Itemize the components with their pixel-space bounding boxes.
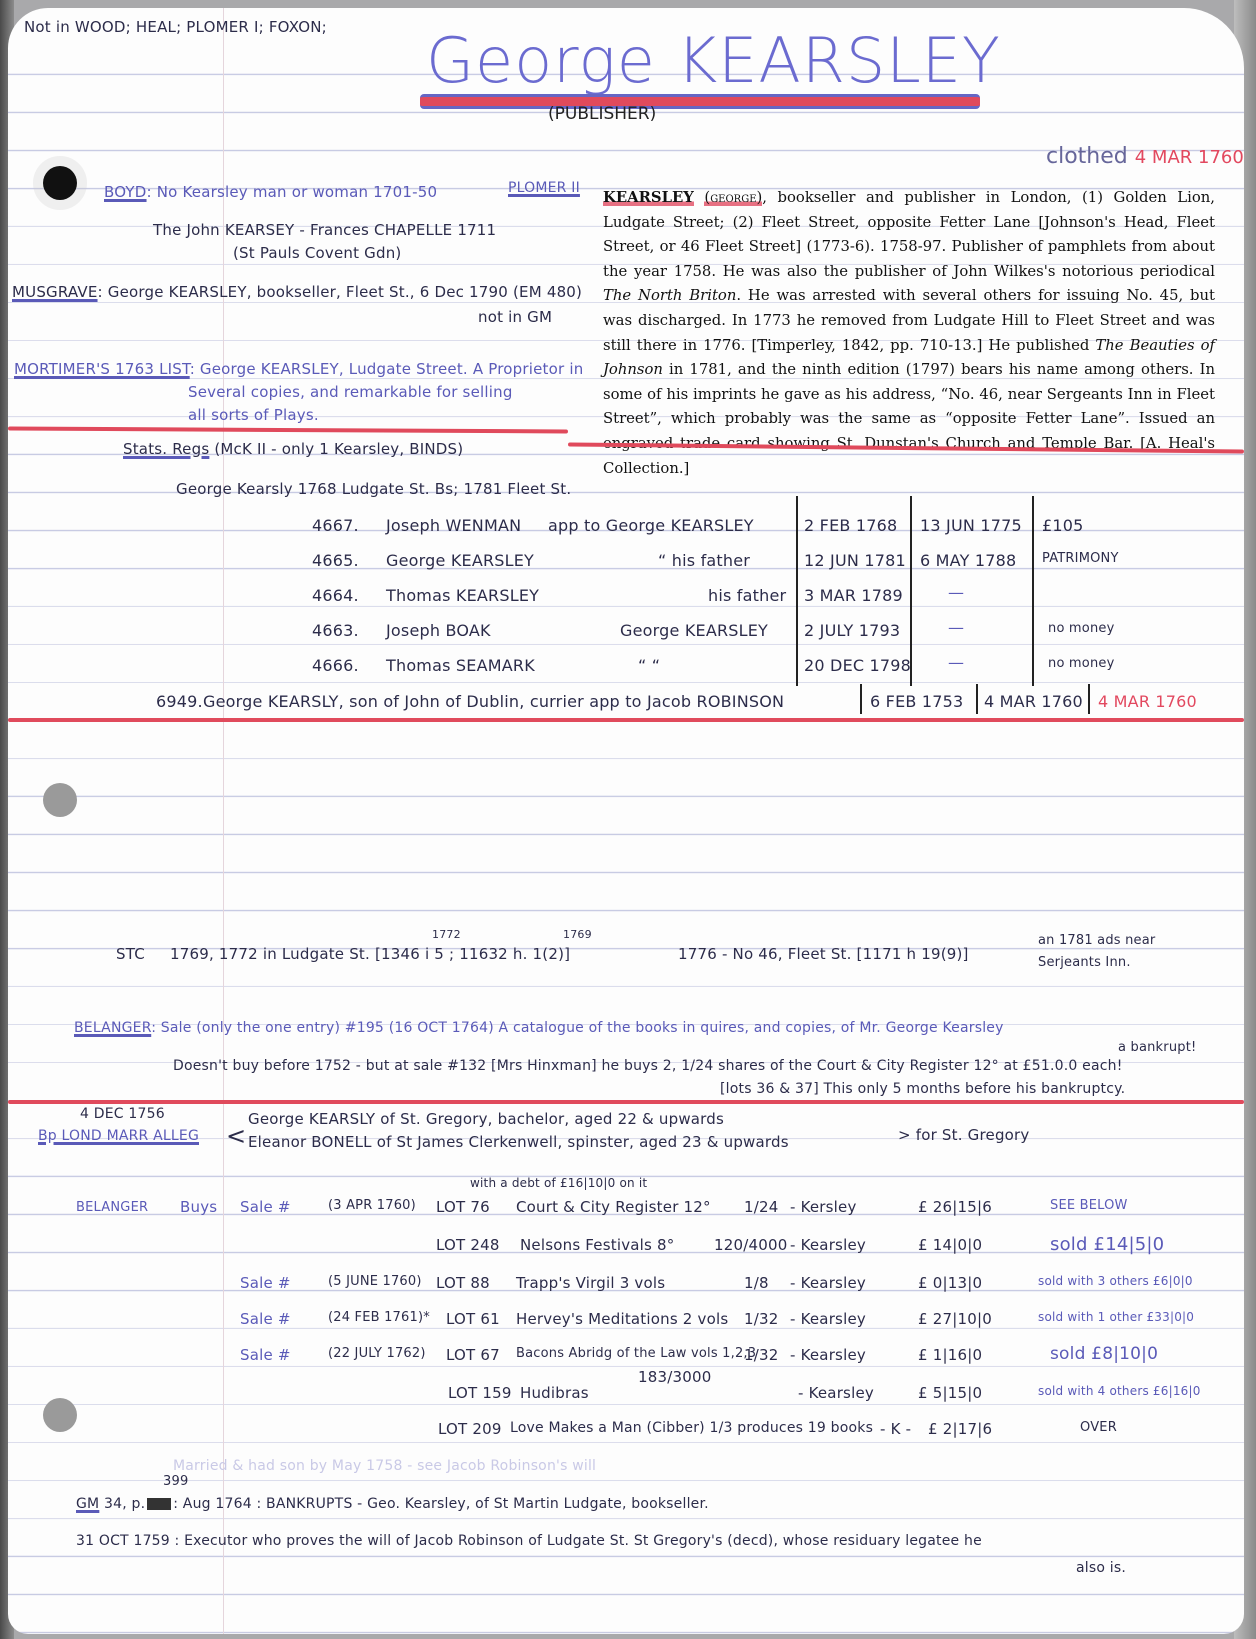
page-title: George KEARSLEY bbox=[426, 24, 1001, 97]
debt-note: with a debt of £16|10|0 on it bbox=[470, 1176, 647, 1190]
notebook-page: Not in WOOD; HEAL; PLOMER I; FOXON; Geor… bbox=[8, 8, 1244, 1634]
section-divider bbox=[8, 1100, 1244, 1104]
plomer-clipping: KEARSLEY (george), bookseller and publis… bbox=[603, 186, 1215, 481]
page-subtitle: (PUBLISHER) bbox=[548, 104, 656, 124]
stc-note: an 1781 ads near Serjeants Inn. bbox=[1038, 930, 1208, 974]
executor-line2: also is. bbox=[1076, 1560, 1126, 1576]
mortimer-entry: MORTIMER'S 1763 LIST: George KEARSLEY, L… bbox=[14, 360, 583, 378]
faint-note: Married & had son by May 1758 - see Jaco… bbox=[173, 1458, 596, 1474]
title-underline bbox=[420, 94, 980, 109]
musgrave-note: not in GM bbox=[478, 308, 552, 326]
brace-icon: < bbox=[226, 1122, 246, 1150]
boyd-line2: The John KEARSEY - Frances CHAPELLE 1711 bbox=[153, 221, 496, 239]
plomer-label: PLOMER II bbox=[508, 180, 580, 196]
punch-hole-icon bbox=[43, 783, 77, 817]
stc-text2: 1776 - No 46, Fleet St. [1171 h 19(9)] bbox=[678, 945, 969, 963]
boyd-line3: (St Pauls Covent Gdn) bbox=[233, 244, 401, 262]
belanger-line2: Doesn't buy before 1752 - but at sale #1… bbox=[173, 1058, 1123, 1074]
marriage-groom: George KEARSLY of St. Gregory, bachelor,… bbox=[248, 1110, 724, 1128]
section-divider bbox=[8, 718, 1244, 722]
not-in-note: Not in WOOD; HEAL; PLOMER I; FOXON; bbox=[24, 18, 327, 36]
section-divider bbox=[8, 427, 568, 434]
redaction-mark bbox=[147, 1498, 171, 1510]
marriage-bride: Eleanor BONELL of St James Clerkenwell, … bbox=[248, 1133, 789, 1151]
belanger-buys-label: BELANGER bbox=[76, 1200, 148, 1215]
stc-text: 1769, 1772 in Ludgate St. [1346 i 5 ; 11… bbox=[170, 945, 570, 963]
marriage-parish: > for St. Gregory bbox=[898, 1126, 1030, 1144]
marriage-date: 4 DEC 1756 bbox=[80, 1106, 165, 1122]
stats-regs-heading: Stats. Regs (McK II - only 1 Kearsley, B… bbox=[123, 440, 463, 458]
boyd-entry: BOYD: No Kearsley man or woman 1701-50 bbox=[104, 183, 437, 201]
gm-entry: GM 34, p.: Aug 1764 : BANKRUPTS - Geo. K… bbox=[76, 1496, 709, 1512]
punch-hole-icon bbox=[43, 1398, 77, 1432]
belanger-sale-entry: BELANGER: Sale (only the one entry) #195… bbox=[74, 1020, 1004, 1036]
marriage-label: Bp LOND MARR ALLEG bbox=[38, 1128, 199, 1144]
punch-hole-icon bbox=[43, 166, 77, 200]
stc-label: STC bbox=[116, 945, 145, 963]
mortimer-line3: all sorts of Plays. bbox=[188, 406, 319, 424]
musgrave-entry: MUSGRAVE: George KEARSLEY, bookseller, F… bbox=[12, 283, 582, 301]
bankrupt-note: a bankrupt! bbox=[1118, 1040, 1196, 1055]
gm-page-correction: 399 bbox=[163, 1474, 188, 1489]
belanger-line3: [lots 36 & 37] This only 5 months before… bbox=[720, 1081, 1125, 1097]
clothed-date-value: 4 MAR 1760 bbox=[1135, 147, 1244, 168]
stats-regs-summary: George Kearsly 1768 Ludgate St. Bs; 1781… bbox=[176, 480, 571, 498]
margin-line bbox=[223, 8, 224, 1634]
executor-entry: 31 OCT 1759 : Executor who proves the wi… bbox=[76, 1533, 982, 1549]
mortimer-line2: Several copies, and remarkable for selli… bbox=[188, 383, 513, 401]
clothed-date: clothed 4 MAR 1760 bbox=[1046, 144, 1244, 169]
